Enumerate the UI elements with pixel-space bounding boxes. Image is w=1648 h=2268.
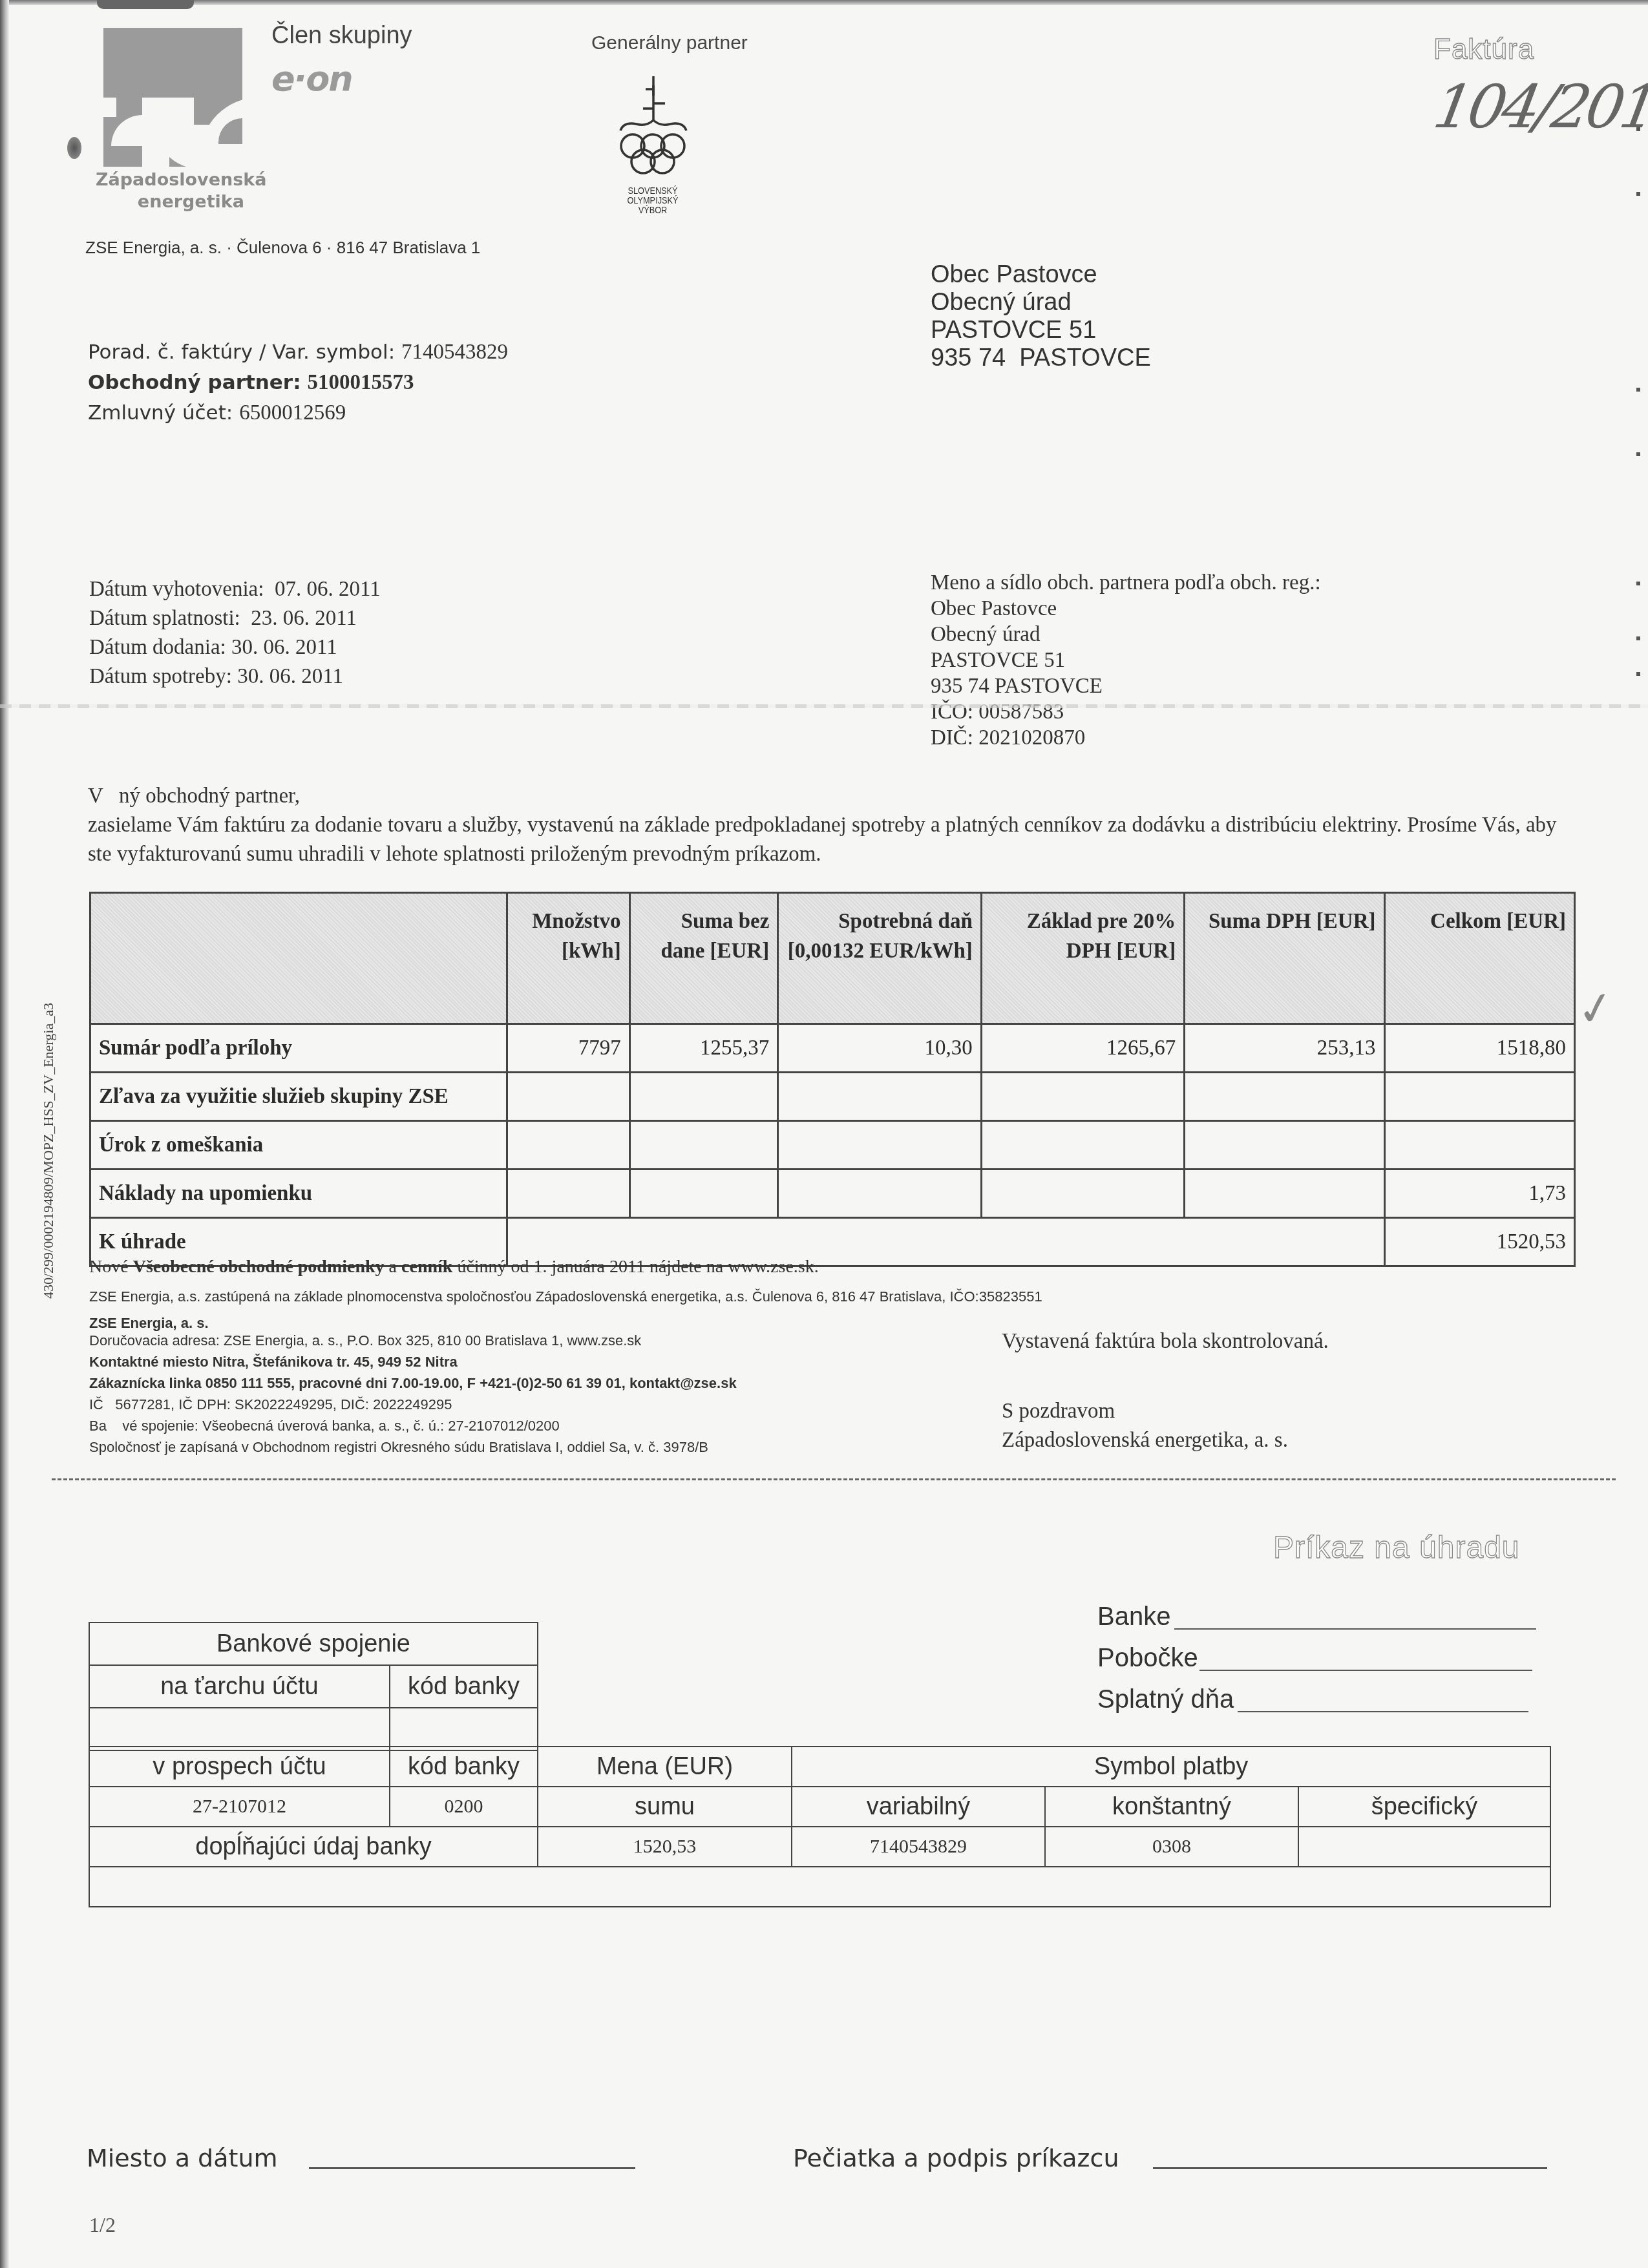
date-row: Dátum spotreby: 30. 06. 2011 — [89, 662, 381, 691]
olympic-line: VÝBOR — [622, 205, 683, 215]
constant-symbol-value: 0308 — [1044, 1826, 1299, 1867]
column-header-excise-tax: Spotrebná daň [0,00132 EUR/kWh] — [778, 893, 982, 1024]
delivery-address: Doručovacia adresa: ZSE Energia, a. s., … — [89, 1330, 1042, 1351]
cell — [981, 1170, 1184, 1218]
date-label: Dátum splatnosti: — [89, 607, 240, 630]
branch-field-input[interactable] — [1199, 1670, 1532, 1671]
column-header-total: Celkom [EUR] — [1384, 893, 1574, 1024]
debit-bank-code-label: kód banky — [389, 1664, 538, 1708]
edge-mark — [1636, 582, 1640, 585]
cell: 1255,37 — [629, 1024, 778, 1073]
cell — [629, 1121, 778, 1170]
due-date-field-label: Splatný dňa — [1097, 1679, 1234, 1720]
specific-symbol-label: špecifický — [1298, 1786, 1551, 1827]
currency-label: Mena (EUR) — [537, 1746, 792, 1787]
partner-registry-title: Meno a sídlo obch. partnera podľa obch. … — [931, 570, 1321, 596]
terms-text: Nové — [89, 1257, 133, 1277]
company-logo-text: Západoslovenská energetika — [96, 169, 244, 213]
partner-registry: Meno a sídlo obch. partnera podľa obch. … — [931, 570, 1321, 751]
partner-number-row: Obchodný partner: 5100015573 — [88, 368, 508, 398]
cell: 253,13 — [1185, 1024, 1384, 1073]
column-header — [90, 893, 507, 1024]
row-label: Úrok z omeškania — [90, 1121, 507, 1170]
invoice-references: Porad. č. faktúry / Var. symbol: 7140543… — [88, 337, 508, 428]
cell — [981, 1121, 1184, 1170]
sender-address: ZSE Energia, a. s. · Čulenova 6 · 816 47… — [85, 238, 480, 258]
salutation: V ný obchodný partner, — [88, 782, 1574, 811]
handwritten-number: 104/2011 — [1429, 72, 1648, 142]
date-value: 30. 06. 2011 — [237, 665, 343, 688]
zse-logo-icon — [103, 28, 242, 167]
general-partner-label: Generálny partner — [591, 32, 748, 54]
cell — [1185, 1073, 1384, 1121]
cell — [1384, 1121, 1574, 1170]
olympic-committee-text: SLOVENSKÝ OLYMPIJSKÝ VÝBOR — [622, 186, 683, 215]
date-value: 07. 06. 2011 — [275, 578, 381, 601]
column-header-quantity: Množstvo [kWh] — [507, 893, 629, 1024]
logo-line-2: energetika — [96, 191, 244, 213]
debit-bank-code-field[interactable] — [389, 1707, 538, 1751]
table-row: Náklady na upomienku 1,73 — [90, 1170, 1575, 1218]
cell — [629, 1073, 778, 1121]
payment-symbol-label: Symbol platby — [791, 1746, 1551, 1787]
credit-bank-code-value: 0200 — [389, 1786, 538, 1827]
company-bank: Ba vé spojenie: Všeobecná úverová banka,… — [89, 1415, 1042, 1436]
eon-logo-icon: e·on — [271, 58, 352, 99]
scan-edge-top — [0, 0, 1648, 5]
olympic-line: SLOVENSKÝ — [622, 186, 683, 196]
table-row: Sumár podľa prílohy 7797 1255,37 10,30 1… — [90, 1024, 1575, 1073]
letter-body: zasielame Vám faktúru za dodanie tovaru … — [88, 811, 1574, 869]
place-date-label: Miesto a dátum — [87, 2144, 278, 2172]
edge-mark — [1636, 636, 1640, 640]
edge-mark — [1636, 388, 1640, 392]
company-name: ZSE Energia, a. s. — [89, 1315, 209, 1331]
bank-field[interactable]: Banke — [1097, 1596, 1536, 1637]
recipient-line: 935 74 PASTOVCE — [931, 344, 1151, 372]
invoice-number-row: Porad. č. faktúry / Var. symbol: 7140543… — [88, 337, 508, 368]
handwritten-check-icon: ✓ — [1572, 980, 1619, 1038]
date-row: Dátum splatnosti: 23. 06. 2011 — [89, 604, 381, 633]
company-represented: ZSE Energia, a.s. zastúpená na základe p… — [89, 1286, 1042, 1307]
side-document-code: 430/299/0002194809/MOPZ_HSS_ZV_Energia_a… — [40, 1003, 57, 1299]
payment-order-fields: Banke Pobočke Splatný dňa — [1097, 1596, 1536, 1720]
bank-field-label: Banke — [1097, 1596, 1170, 1637]
edge-mark — [1636, 672, 1640, 676]
variable-symbol-value: 7140543829 — [791, 1826, 1046, 1867]
invoice-number-label: Porad. č. faktúry / Var. symbol: — [88, 341, 395, 364]
date-label: Dátum spotreby: — [89, 665, 232, 688]
partner-registry-line: 935 74 PASTOVCE — [931, 673, 1321, 699]
constant-symbol-label: konštantný — [1044, 1786, 1299, 1827]
recipient-line: PASTOVCE 51 — [931, 317, 1151, 344]
invoice-summary-table: Množstvo [kWh] Suma bez dane [EUR] Spotr… — [89, 892, 1576, 1267]
amount-label: sumu — [537, 1786, 792, 1827]
cut-line — [52, 1478, 1616, 1480]
cover-letter: V ný obchodný partner, zasielame Vám fak… — [88, 782, 1574, 869]
due-date-field[interactable]: Splatný dňa — [1097, 1679, 1536, 1720]
date-label: Dátum vyhotovenia: — [89, 578, 264, 601]
bank-field-input[interactable] — [1174, 1628, 1536, 1630]
document-type: Faktúra — [1433, 34, 1534, 66]
cell: 10,30 — [778, 1024, 982, 1073]
terms-text: a — [385, 1257, 401, 1277]
partner-registry-line: Obecný úrad — [931, 622, 1321, 647]
credit-bank-code-label: kód banky — [389, 1746, 538, 1787]
stamp-signature-field[interactable] — [1153, 2167, 1547, 2169]
table-row: Zľava za využitie služieb skupiny ZSE — [90, 1073, 1575, 1121]
bank-extra-info-label: dopĺňajúci údaj banky — [89, 1826, 538, 1867]
partner-registry-line: Obec Pastovce — [931, 596, 1321, 622]
punch-hole — [67, 137, 81, 159]
bank-connection-header: Bankové spojenie — [89, 1622, 538, 1666]
closing-regards: S pozdravom Západoslovenská energetika, … — [1002, 1397, 1288, 1455]
debit-account-field[interactable] — [89, 1707, 390, 1751]
branch-field-label: Pobočke — [1097, 1637, 1198, 1679]
olympic-line: OLYMPIJSKÝ — [622, 196, 683, 205]
cell — [1185, 1121, 1384, 1170]
stamp-signature-label: Pečiatka a podpis príkazcu — [793, 2144, 1119, 2172]
paper-fold-line — [0, 704, 1648, 708]
specific-symbol-value[interactable] — [1298, 1826, 1551, 1867]
olympic-committee-logo-icon — [617, 71, 688, 184]
signature-text: Západoslovenská energetika, a. s. — [1002, 1426, 1288, 1455]
logo-line-1: Západoslovenská — [96, 169, 244, 191]
edge-mark — [1636, 452, 1640, 456]
cell — [507, 1121, 629, 1170]
partner-number: 5100015573 — [307, 371, 414, 394]
terms-notice: Nové Všeobecné obchodné podmienky a cenn… — [89, 1257, 819, 1277]
contract-number: 6500012569 — [239, 401, 346, 425]
edge-mark — [1636, 192, 1640, 196]
cell — [1185, 1170, 1384, 1218]
recipient-address: Obec Pastovce Obecný úrad PASTOVCE 51 93… — [931, 261, 1151, 372]
date-row: Dátum vyhotovenia: 07. 06. 2011 — [89, 575, 381, 604]
scan-edge-left — [0, 0, 9, 2268]
page-number: 1/2 — [89, 2213, 116, 2237]
date-label: Dátum dodania: — [89, 636, 226, 659]
company-info: ZSE Energia, a.s. zastúpená na základe p… — [89, 1286, 1042, 1458]
column-header-vat-amount: Suma DPH [EUR] — [1185, 893, 1384, 1024]
date-value: 23. 06. 2011 — [251, 607, 357, 630]
group-label: Člen skupiny — [271, 22, 412, 50]
row-label: Zľava za využitie služieb skupiny ZSE — [90, 1073, 507, 1121]
partner-number-label: Obchodný partner: — [88, 371, 301, 394]
invoice-dates: Dátum vyhotovenia: 07. 06. 2011 Dátum sp… — [89, 575, 381, 691]
cell — [1384, 1073, 1574, 1121]
row-label: Náklady na upomienku — [90, 1170, 507, 1218]
cell — [778, 1121, 982, 1170]
variable-symbol-label: variabilný — [791, 1786, 1046, 1827]
credit-account-value: 27-2107012 — [89, 1786, 390, 1827]
company-registry: Spoločnosť je zapísaná v Obchodnom regis… — [89, 1436, 1042, 1458]
date-value: 30. 06. 2011 — [231, 636, 337, 659]
recipient-line: Obecný úrad — [931, 289, 1151, 317]
invoice-number: 7140543829 — [401, 341, 508, 364]
cell: 1265,67 — [981, 1024, 1184, 1073]
terms-bold: cenník — [401, 1257, 452, 1277]
contract-number-label: Zmluvný účet: — [88, 401, 233, 425]
partner-registry-line: IČO: 00587583 — [931, 699, 1321, 725]
contact-point: Kontaktné miesto Nitra, Štefánikova tr. … — [89, 1354, 458, 1370]
hotline: Zákaznícka linka 0850 111 555, pracovné … — [89, 1375, 737, 1391]
credit-account-label: v prospech účtu — [89, 1746, 390, 1787]
cell — [778, 1170, 982, 1218]
invoice-controlled-note: Vystavená faktúra bola skontrolovaná. — [1002, 1330, 1329, 1354]
cell — [629, 1170, 778, 1218]
contract-number-row: Zmluvný účet: 6500012569 — [88, 398, 508, 428]
row-label: Sumár podľa prílohy — [90, 1024, 507, 1073]
bank-extra-info-field[interactable] — [89, 1866, 1551, 1907]
payment-order-title: Príkaz na úhradu — [1273, 1530, 1520, 1566]
company-ids: IČ 5677281, IČ DPH: SK2022249295, DIČ: 2… — [89, 1394, 1042, 1415]
recipient-line: Obec Pastovce — [931, 261, 1151, 289]
table-row: Úrok z omeškania — [90, 1121, 1575, 1170]
place-date-field[interactable] — [309, 2167, 635, 2169]
amount-value: 1520,53 — [537, 1826, 792, 1867]
partner-registry-line: DIČ: 2021020870 — [931, 725, 1321, 751]
date-row: Dátum dodania: 30. 06. 2011 — [89, 633, 381, 662]
terms-bold: Všeobecné obchodné podmienky — [133, 1257, 385, 1277]
debit-account-label: na ťarchu účtu — [89, 1664, 390, 1708]
table-header-row: Množstvo [kWh] Suma bez dane [EUR] Spotr… — [90, 893, 1575, 1024]
column-header-amount-net: Suma bez dane [EUR] — [629, 893, 778, 1024]
branch-field[interactable]: Pobočke — [1097, 1637, 1536, 1679]
cell — [507, 1170, 629, 1218]
due-date-field-input[interactable] — [1238, 1711, 1528, 1712]
cell — [507, 1073, 629, 1121]
partner-registry-line: PASTOVCE 51 — [931, 647, 1321, 673]
regards-text: S pozdravom — [1002, 1397, 1288, 1426]
terms-text: účinný od 1. januára 2011 nájdete na www… — [452, 1257, 818, 1277]
cell: 7797 — [507, 1024, 629, 1073]
cell: 1518,80 — [1384, 1024, 1574, 1073]
cell: 1,73 — [1384, 1170, 1574, 1218]
column-header-vat-base: Základ pre 20% DPH [EUR] — [981, 893, 1184, 1024]
total-amount: 1520,53 — [1384, 1218, 1574, 1266]
cell — [981, 1073, 1184, 1121]
cell — [778, 1073, 982, 1121]
scan-notch — [97, 0, 194, 9]
